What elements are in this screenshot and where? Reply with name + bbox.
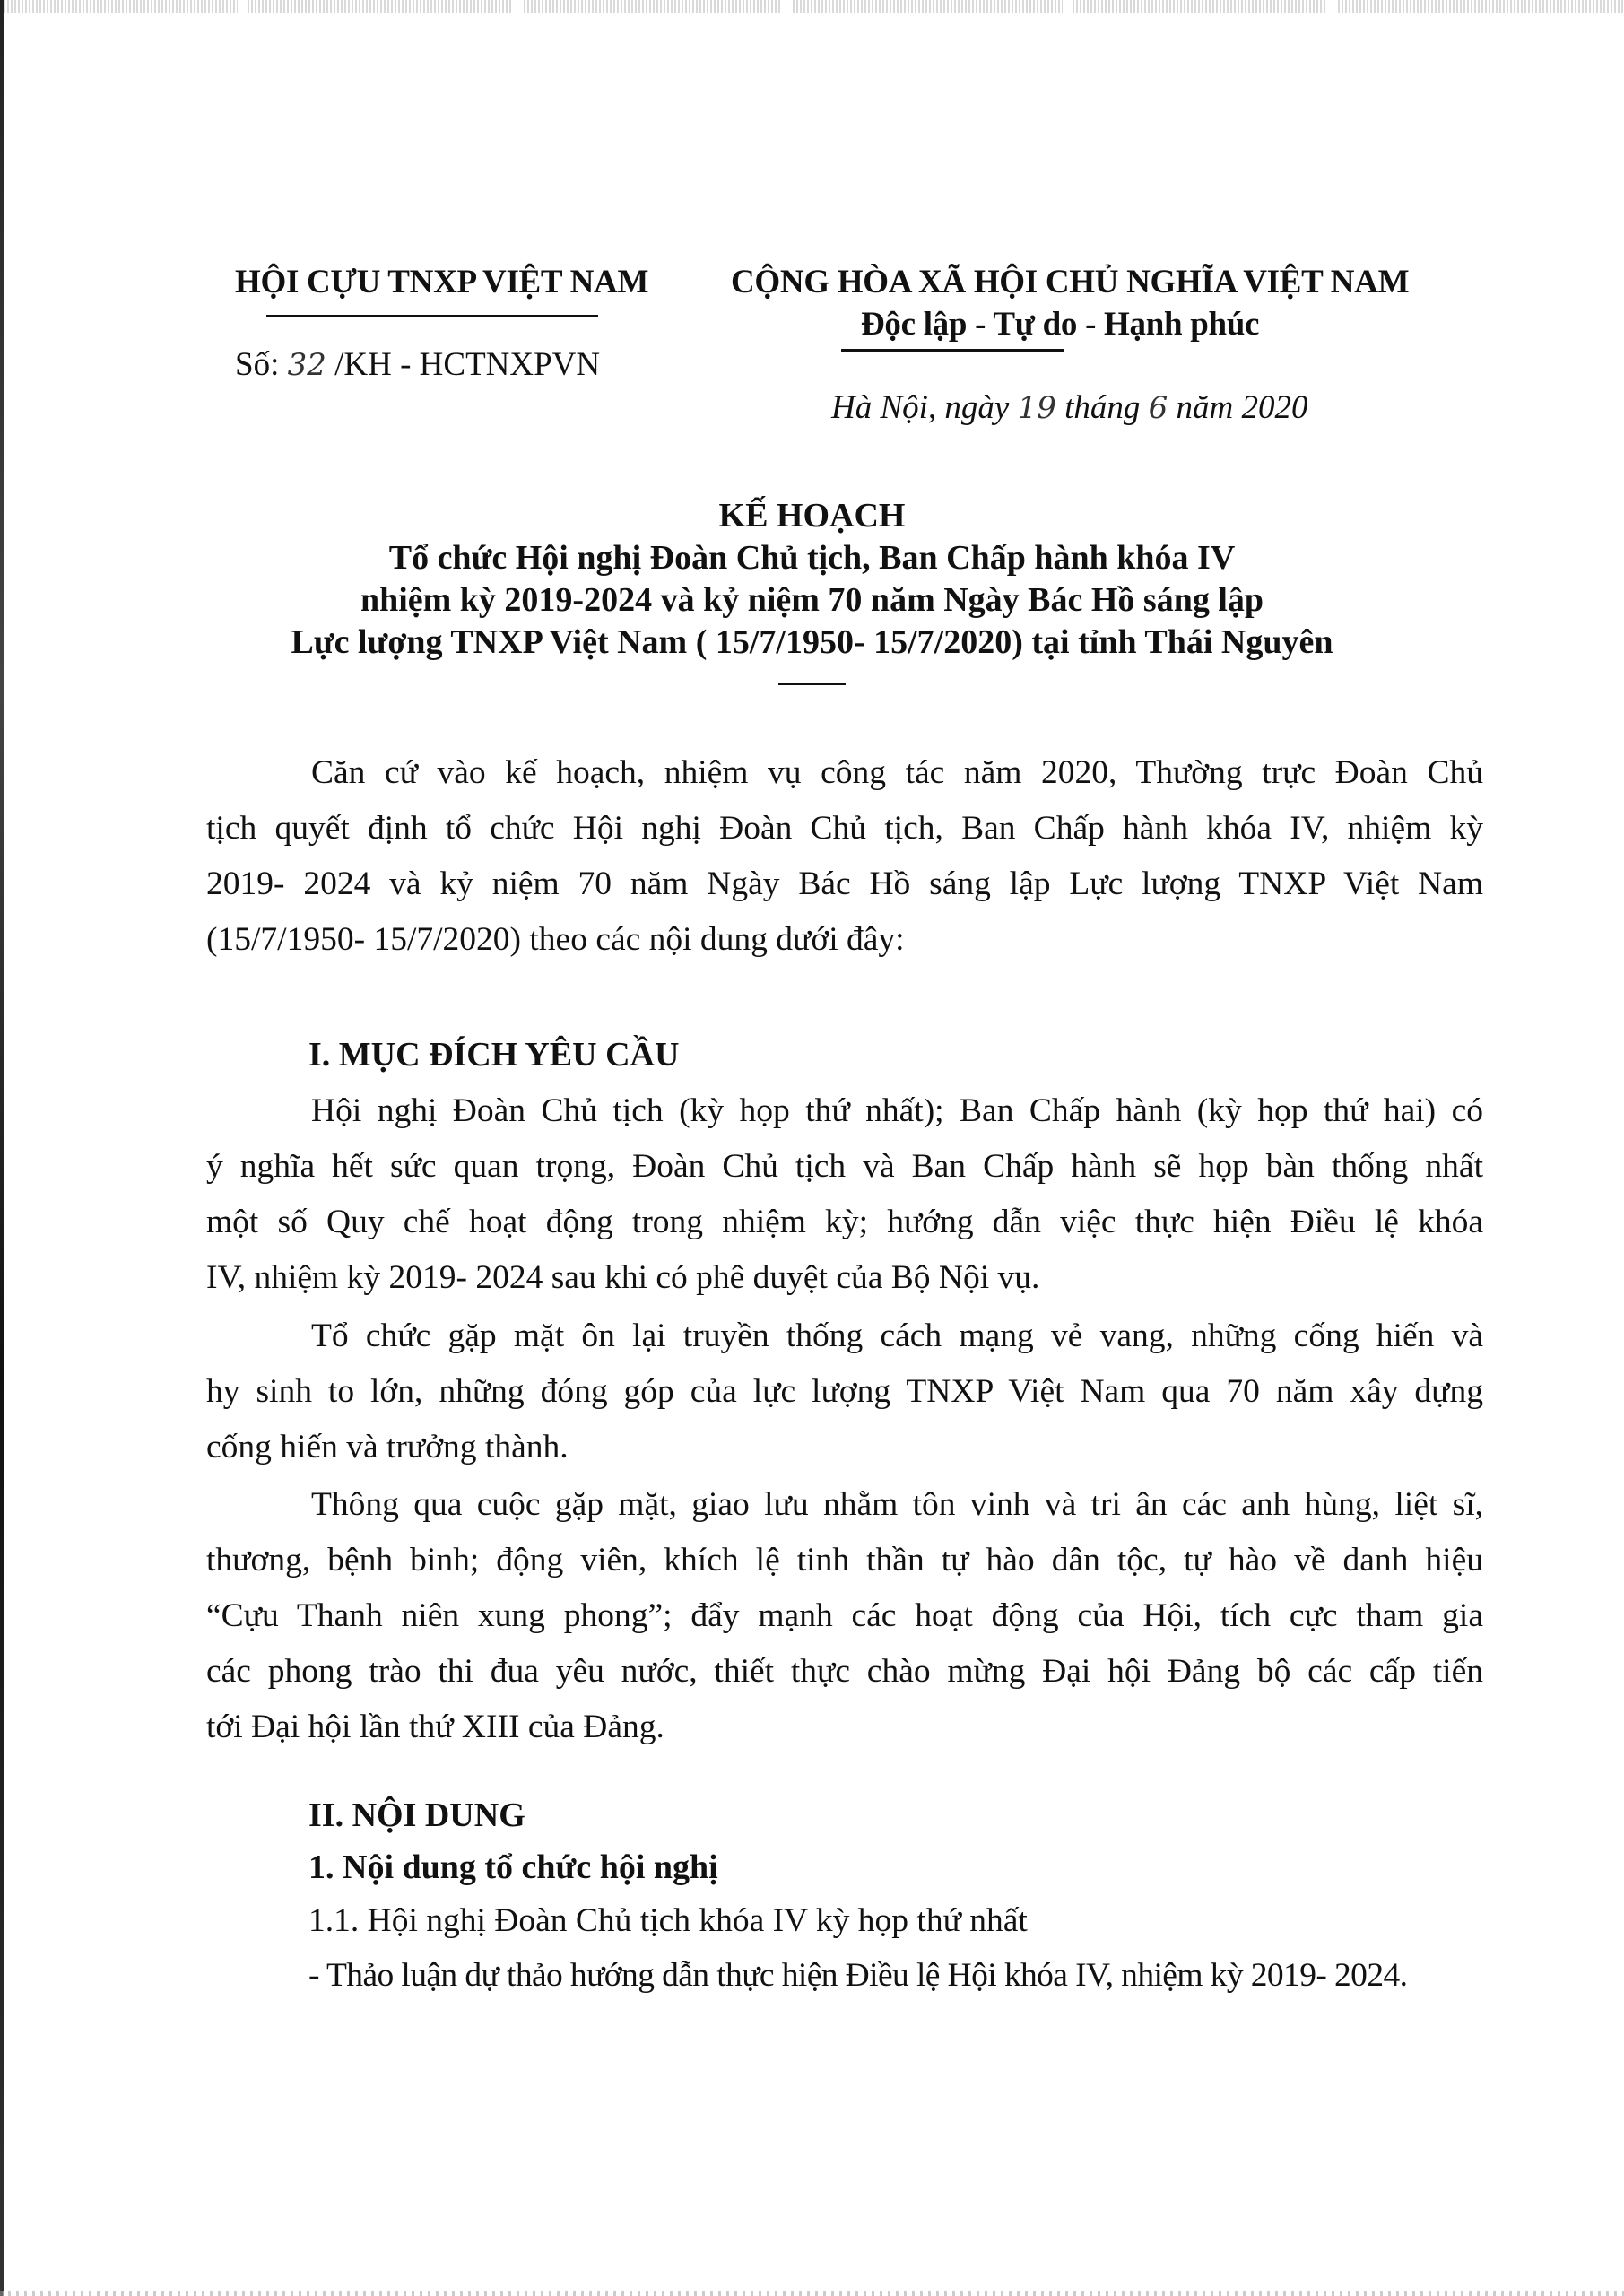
section-1-para-3-line-4: các phong trào thi đua yêu nước, thiết t… (206, 1652, 1483, 1691)
section-1-para-1-line-2: ý nghĩa hết sức quan trọng, Đoàn Chủ tịc… (206, 1147, 1483, 1186)
title-underline (778, 683, 846, 685)
national-motto: Độc lập - Tự do - Hạnh phúc (861, 305, 1259, 344)
title-line-3: Lực lượng TNXP Việt Nam ( 15/7/1950- 15/… (0, 622, 1624, 662)
section-2-sub-1-1: 1.1. Hội nghị Đoàn Chủ tịch khóa IV kỳ h… (308, 1901, 1510, 1940)
intro-line-1: Căn cứ vào kế hoạch, nhiệm vụ công tác n… (311, 753, 1483, 792)
section-1-para-1-line-4: IV, nhiệm kỳ 2019- 2024 sau khi có phê d… (206, 1258, 1408, 1297)
section-1-para-2-line-2: hy sinh to lớn, những đóng góp của lực l… (206, 1372, 1483, 1411)
scan-gap (780, 0, 791, 13)
section-1-para-3-line-1: Thông qua cuộc gặp mặt, giao lưu nhằm tô… (311, 1485, 1483, 1524)
organization-underline (266, 315, 598, 317)
scan-artifact-top (0, 0, 1624, 13)
document-number: Số: 32 /KH - HCTNXPVN (235, 345, 600, 384)
doc-number-suffix: /KH - HCTNXPVN (334, 346, 600, 383)
doc-number-prefix: Số: (235, 346, 279, 383)
title-line-1: Tổ chức Hội nghị Đoàn Chủ tịch, Ban Chấp… (0, 538, 1624, 578)
scan-gap (1063, 0, 1073, 13)
scan-gap (1327, 0, 1338, 13)
section-2-heading: II. NỘI DUNG (308, 1796, 525, 1835)
intro-line-3: 2019- 2024 và kỷ niệm 70 năm Ngày Bác Hồ… (206, 865, 1483, 903)
date-day-handwritten: 19 (1018, 390, 1056, 426)
section-1-para-3-line-3: “Cựu Thanh niên xung phong”; đẩy mạnh cá… (206, 1596, 1483, 1635)
scan-artifact-left-edge (0, 0, 4, 2296)
organization-name: HỘI CỰU TNXP VIỆT NAM (235, 263, 648, 301)
section-1-para-1-line-3: một số Quy chế hoạt động trong nhiệm kỳ;… (206, 1203, 1483, 1241)
scan-artifact-bottom (0, 2291, 1624, 2296)
section-1-para-1-line-1: Hội nghị Đoàn Chủ tịch (kỳ họp thứ nhất)… (311, 1091, 1483, 1130)
intro-line-2: tịch quyết định tổ chức Hội nghị Đoàn Ch… (206, 809, 1483, 848)
motto-underline (841, 349, 1064, 352)
section-1-para-3-line-2: thương, bệnh binh; động viên, khích lệ t… (206, 1541, 1483, 1579)
date-year: năm 2020 (1177, 389, 1308, 426)
section-2-bullet-1: - Thảo luận dự thảo hướng dẫn thực hiện … (308, 1956, 1510, 1995)
date-month-label: tháng (1064, 389, 1140, 426)
section-1-para-2-line-1: Tổ chức gặp mặt ôn lại truyền thống cách… (311, 1317, 1483, 1355)
section-1-para-2-line-3: cống hiến và trưởng thành. (206, 1428, 1408, 1466)
date-month-handwritten: 6 (1149, 390, 1168, 426)
intro-line-4: (15/7/1950- 15/7/2020) theo các nội dung… (206, 920, 1408, 959)
date-prefix: Hà Nội, ngày (831, 389, 1009, 426)
scan-gap (511, 0, 522, 13)
document-date: Hà Nội, ngày 19 tháng 6 năm 2020 (831, 388, 1308, 427)
scan-gap (238, 0, 248, 13)
section-1-para-3-line-5: tới Đại hội lần thứ XIII của Đảng. (206, 1708, 1408, 1746)
section-1-heading: I. MỤC ĐÍCH YÊU CẦU (308, 1035, 679, 1074)
country-name: CỘNG HÒA XÃ HỘI CHỦ NGHĨA VIỆT NAM (731, 263, 1409, 301)
doc-number-handwritten: 32 (288, 347, 326, 383)
title-line-2: nhiệm kỳ 2019-2024 và kỷ niệm 70 năm Ngà… (0, 580, 1624, 620)
document-title: KẾ HOẠCH (0, 496, 1624, 535)
section-2-sub-1-heading: 1. Nội dung tổ chức hội nghị (308, 1848, 718, 1887)
